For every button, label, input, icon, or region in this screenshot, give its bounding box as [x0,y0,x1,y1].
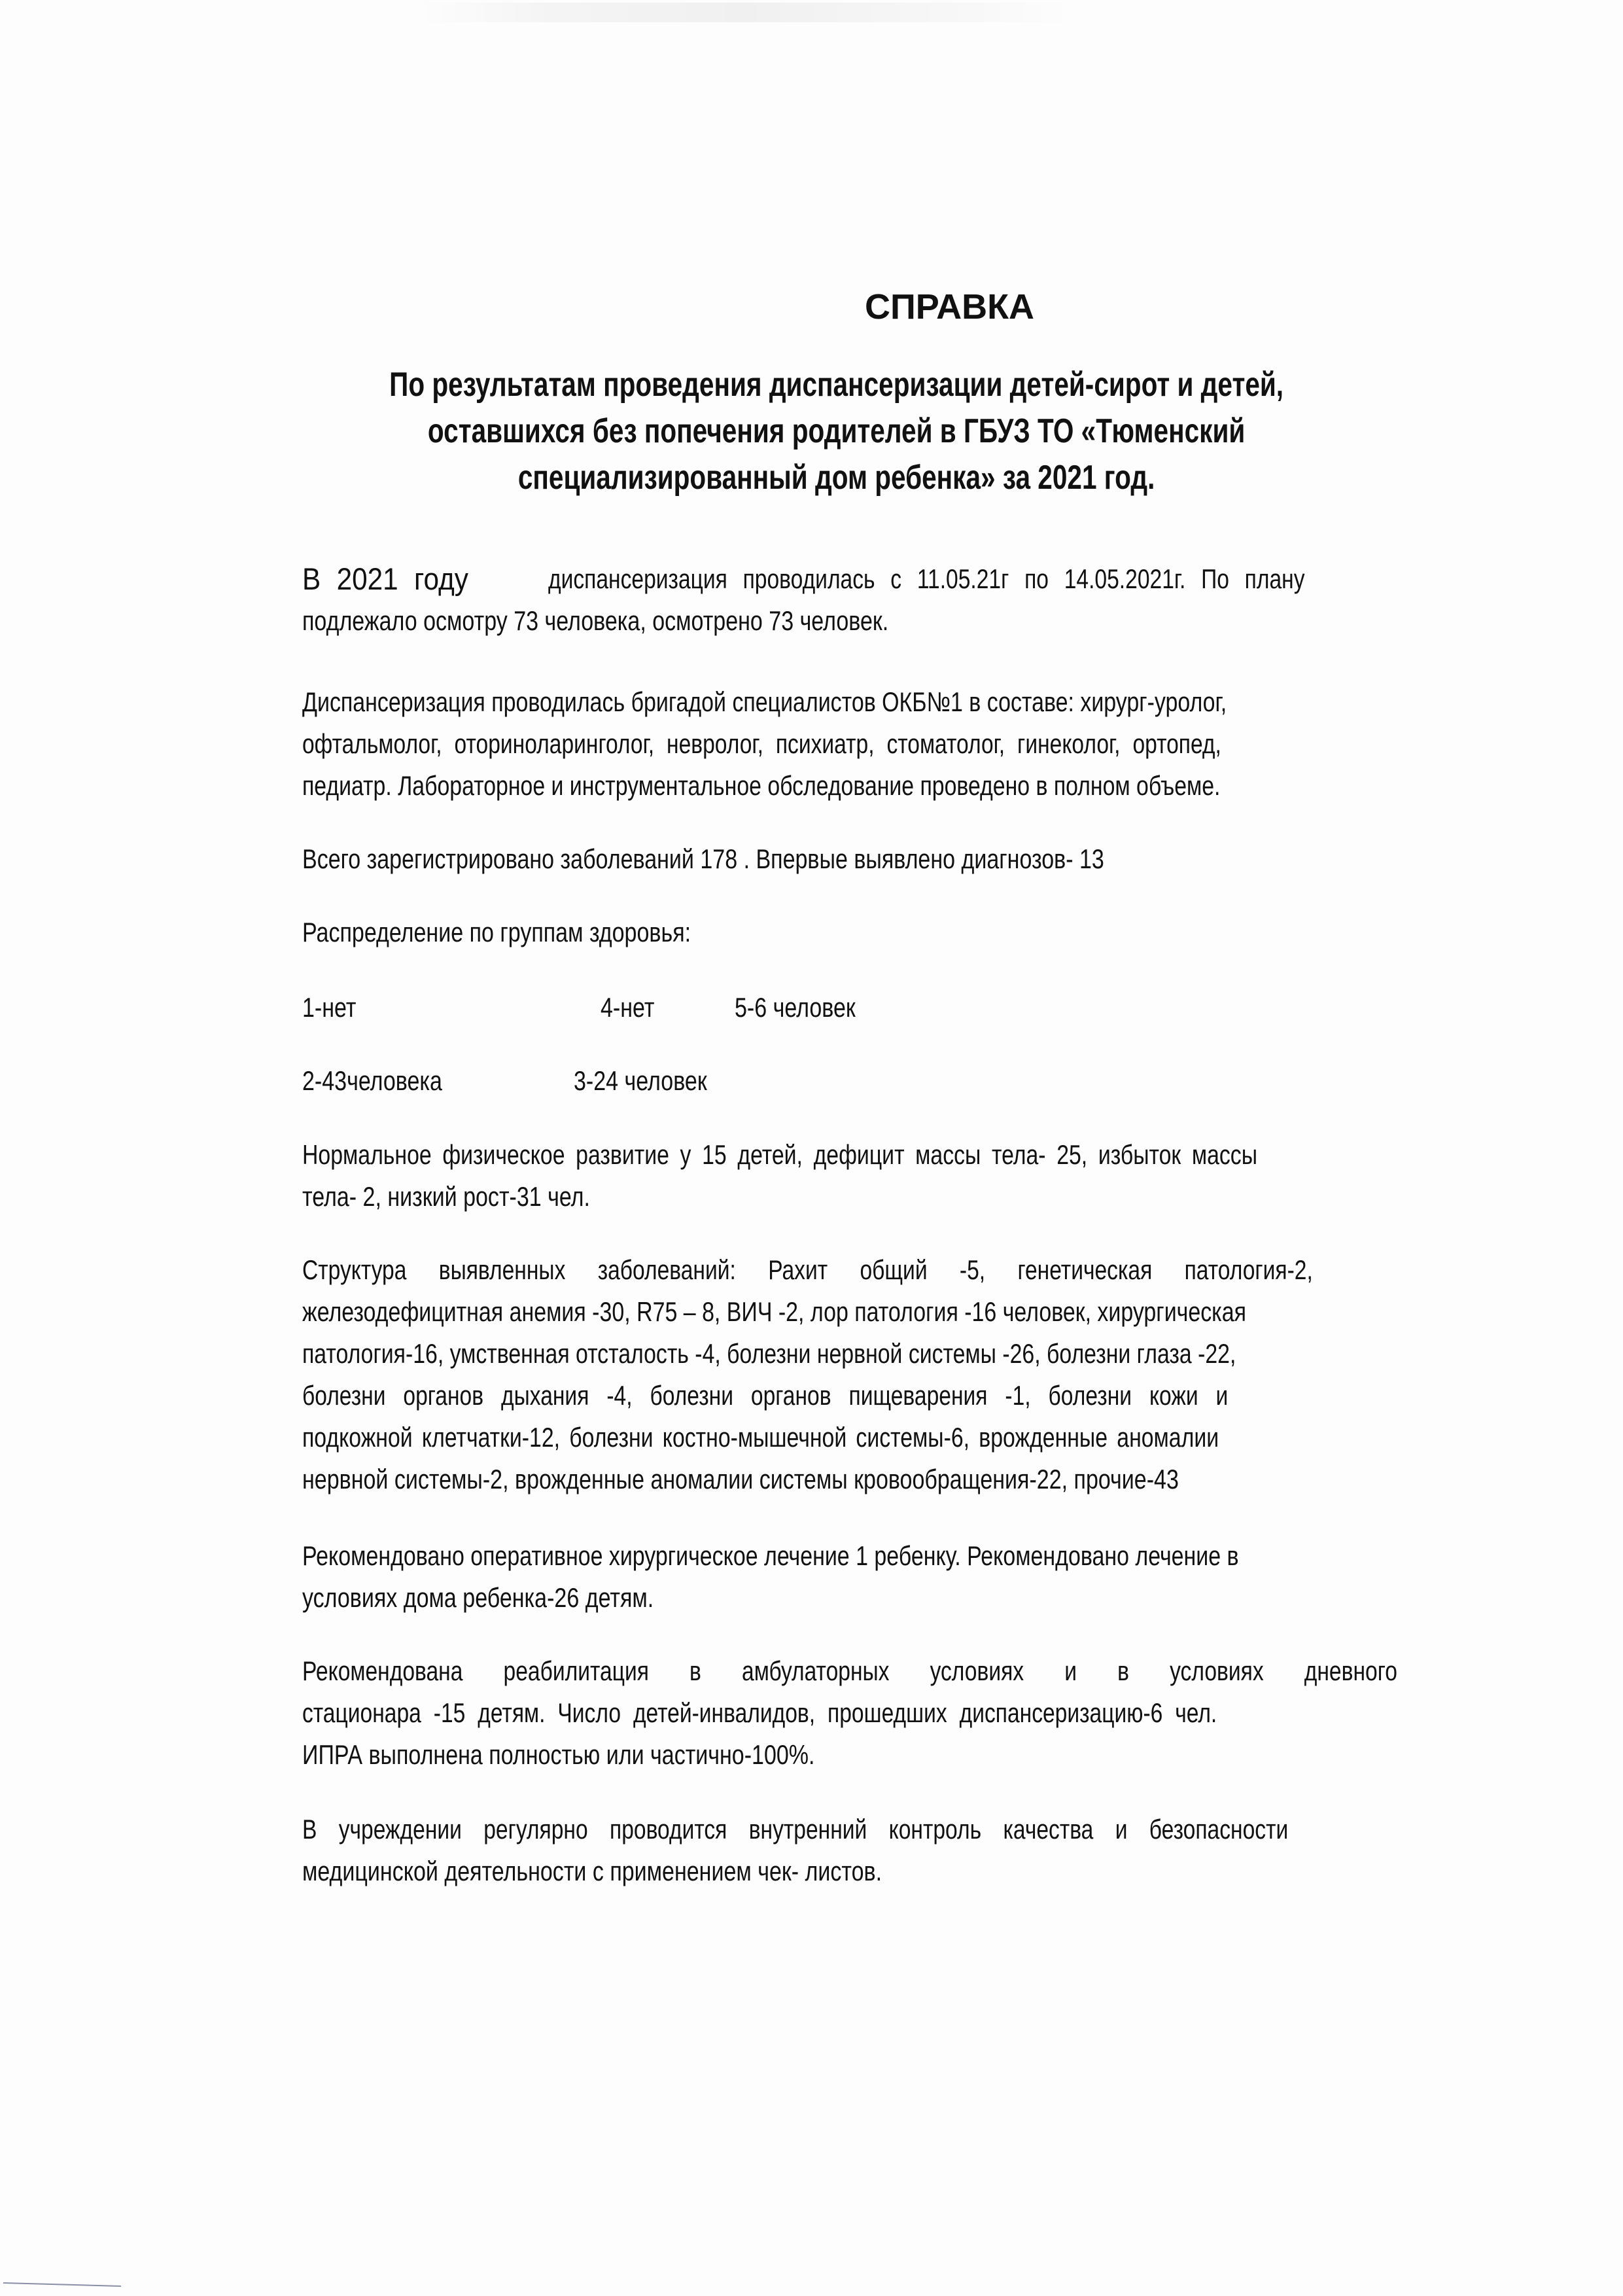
structure-line-4: болезни органов дыхания -4, болезни орга… [302,1380,1228,1411]
health-group-4: 4-нет [601,992,654,1023]
structure-line-6: нервной системы-2, врожденные аномалии с… [302,1464,1179,1495]
rehab-line-1: Рекомендована реабилитация в амбулаторны… [302,1655,1397,1687]
document-title: СПРАВКА [865,287,1034,327]
health-group-1: 1-нет [302,992,356,1023]
rehab-line-3: ИПРА выполнена полностью или частично-10… [302,1739,815,1771]
health-groups-intro: Распределение по группам здоровья: [302,917,691,948]
subtitle-line-2: оставшихся без попечения родителей в ГБУ… [203,412,1469,451]
totals-line: Всего зарегистрировано заболеваний 178 .… [302,843,1104,875]
team-line-1: Диспансеризация проводилась бригадой спе… [302,686,1227,718]
structure-line-5: подкожной клетчатки-12, болезни костно-м… [302,1422,1219,1453]
subtitle-line-1: По результатам проведения диспансеризаци… [203,365,1469,404]
treatment-line-1: Рекомендовано оперативное хирургическое … [302,1540,1239,1572]
quality-line-1: В учреждении регулярно проводится внутре… [302,1814,1288,1845]
period-line-2: подлежало осмотру 73 человека, осмотрено… [302,605,888,637]
structure-line-1: Структура выявленных заболеваний: Рахит … [302,1254,1313,1286]
team-line-3: педиатр. Лабораторное и инструментальное… [302,770,1220,802]
scan-edge-line [3,2282,121,2287]
team-line-2: офтальмолог, оториноларинголог, невролог… [302,728,1221,760]
structure-line-3: патология-16, умственная отсталость -4, … [302,1338,1236,1369]
rehab-line-2: стационара -15 детям. Число детей-инвали… [302,1697,1217,1729]
scan-artifact [419,3,1073,22]
physical-line-2: тела- 2, низкий рост-31 чел. [302,1181,590,1212]
subtitle-line-3: специализированный дом ребенка» за 2021 … [203,458,1469,497]
health-group-3: 3-24 человек [574,1065,707,1097]
health-group-5: 5-6 человек [735,992,856,1023]
period-lead: В 2021 году [302,561,468,597]
structure-line-2: железодефицитная анемия -30, R75 – 8, ВИ… [302,1296,1246,1328]
treatment-line-2: условиях дома ребенка-26 детям. [302,1582,654,1614]
health-group-2: 2-43человека [302,1065,442,1097]
quality-line-2: медицинской деятельности с применением ч… [302,1856,882,1887]
scanned-page: СПРАВКА По результатам проведения диспан… [0,0,1623,2296]
physical-line-1: Нормальное физическое развитие у 15 дете… [302,1139,1257,1171]
period-line-1: диспансеризация проводилась с 11.05.21г … [548,563,1305,595]
